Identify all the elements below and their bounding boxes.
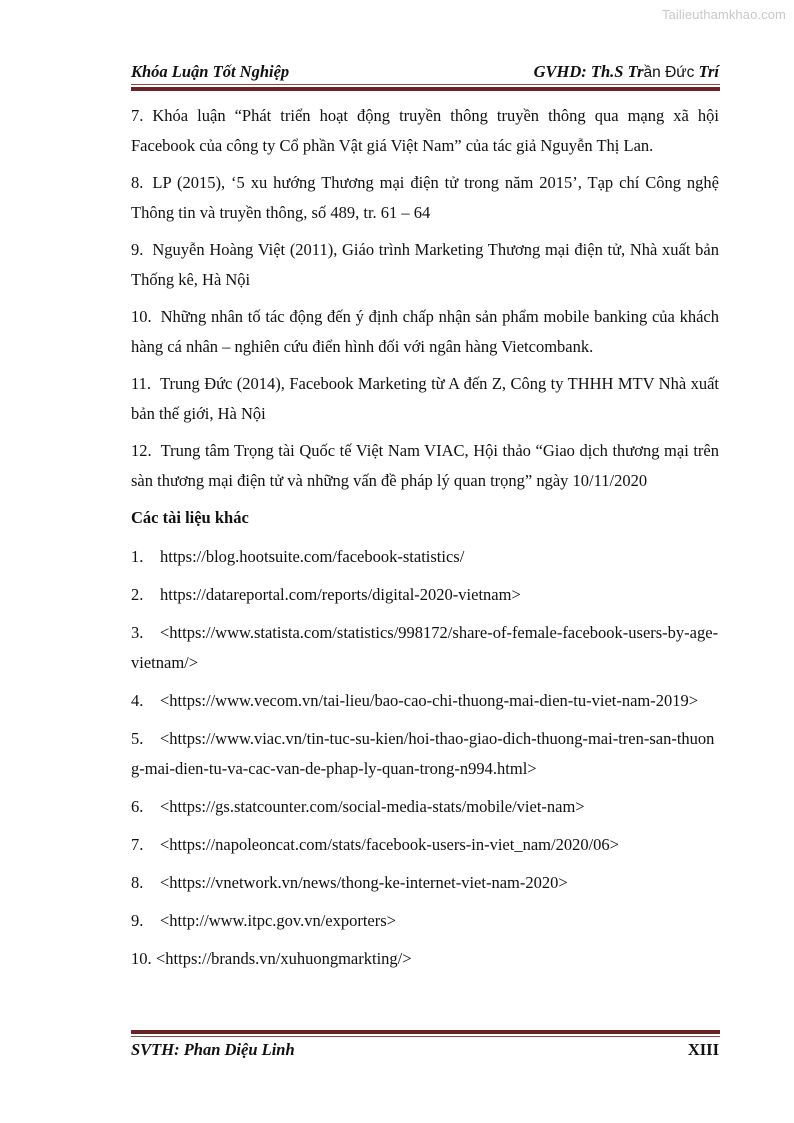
document-link-item: 4.<https://www.vecom.vn/tai-lieu/bao-cao… <box>131 686 719 716</box>
header-advisor: GVHD: Th.S Trần Đức Trí <box>534 62 719 82</box>
reference-item: 7.Khóa luận “Phát triển hoạt động truyền… <box>131 101 719 161</box>
header-thesis-title: Khóa Luận Tốt Nghiệp <box>131 62 289 82</box>
document-link-item: 5.<https://www.viac.vn/tin-tuc-su-kien/h… <box>131 724 719 784</box>
document-link-item: 1.https://blog.hootsuite.com/facebook-st… <box>131 542 719 572</box>
link-number: 4. <box>131 686 160 716</box>
page-number: XIII <box>688 1040 719 1060</box>
link-url[interactable]: https://datareportal.com/reports/digital… <box>160 585 521 604</box>
section-title-other-documents: Các tài liệu khác <box>131 503 719 533</box>
document-link-item: 2.https://datareportal.com/reports/digit… <box>131 580 719 610</box>
reference-item: 10.Những nhân tố tác động đến ý định chấ… <box>131 302 719 362</box>
link-number: 2. <box>131 580 160 610</box>
reference-number: 11. <box>131 374 151 393</box>
link-url[interactable]: <https://www.statista.com/statistics/998… <box>131 623 718 672</box>
reference-item: 9.Nguyễn Hoàng Việt (2011), Giáo trình M… <box>131 235 719 295</box>
reference-text: Những nhân tố tác động đến ý định chấp n… <box>131 307 719 356</box>
link-number: 3. <box>131 618 160 648</box>
link-number: 6. <box>131 792 160 822</box>
link-number: 10. <box>131 944 156 974</box>
reference-number: 12. <box>131 441 152 460</box>
reference-text: Trung tâm Trọng tài Quốc tế Việt Nam VIA… <box>131 441 719 490</box>
reference-text: Nguyễn Hoàng Việt (2011), Giáo trình Mar… <box>131 240 719 289</box>
link-url[interactable]: <https://gs.statcounter.com/social-media… <box>160 797 585 816</box>
document-link-item: 8.<https://vnetwork.vn/news/thong-ke-int… <box>131 868 719 898</box>
link-url[interactable]: <https://brands.vn/xuhuongmarkting/> <box>156 949 412 968</box>
watermark: Tailieuthamkhao.com <box>662 7 786 22</box>
document-link-item: 10.<https://brands.vn/xuhuongmarkting/> <box>131 944 719 974</box>
link-url[interactable]: <https://napoleoncat.com/stats/facebook-… <box>160 835 619 854</box>
link-number: 5. <box>131 724 160 754</box>
reference-number: 8. <box>131 173 143 192</box>
reference-list: 7.Khóa luận “Phát triển hoạt động truyền… <box>131 101 719 496</box>
document-link-item: 7.<https://napoleoncat.com/stats/faceboo… <box>131 830 719 860</box>
page-footer: SVTH: Phan Diệu Linh XIII <box>131 1040 719 1062</box>
references-content: 7.Khóa luận “Phát triển hoạt động truyền… <box>131 101 719 982</box>
reference-number: 10. <box>131 307 152 326</box>
reference-item: 11.Trung Đức (2014), Facebook Marketing … <box>131 369 719 429</box>
other-documents-list: 1.https://blog.hootsuite.com/facebook-st… <box>131 542 719 974</box>
footer-divider <box>131 1030 720 1038</box>
reference-number: 7. <box>131 106 143 125</box>
link-number: 9. <box>131 906 160 936</box>
document-link-item: 6.<https://gs.statcounter.com/social-med… <box>131 792 719 822</box>
reference-text: Khóa luận “Phát triển hoạt động truyền t… <box>131 106 719 155</box>
link-number: 1. <box>131 542 160 572</box>
link-url[interactable]: <https://vnetwork.vn/news/thong-ke-inter… <box>160 873 568 892</box>
link-url[interactable]: <https://www.viac.vn/tin-tuc-su-kien/hoi… <box>131 729 714 778</box>
reference-number: 9. <box>131 240 143 259</box>
document-link-item: 9.<http://www.itpc.gov.vn/exporters> <box>131 906 719 936</box>
link-url[interactable]: https://blog.hootsuite.com/facebook-stat… <box>160 547 464 566</box>
reference-text: Trung Đức (2014), Facebook Marketing từ … <box>131 374 719 423</box>
reference-item: 8.LP (2015), ‘5 xu hướng Thương mại điện… <box>131 168 719 228</box>
link-url[interactable]: <https://www.vecom.vn/tai-lieu/bao-cao-c… <box>160 691 698 710</box>
header-divider <box>131 84 720 92</box>
page-header: Khóa Luận Tốt Nghiệp GVHD: Th.S Trần Đức… <box>131 62 719 84</box>
link-number: 7. <box>131 830 160 860</box>
reference-item: 12.Trung tâm Trọng tài Quốc tế Việt Nam … <box>131 436 719 496</box>
footer-student-name: SVTH: Phan Diệu Linh <box>131 1040 295 1060</box>
link-url[interactable]: <http://www.itpc.gov.vn/exporters> <box>160 911 396 930</box>
link-number: 8. <box>131 868 160 898</box>
reference-text: LP (2015), ‘5 xu hướng Thương mại điện t… <box>131 173 719 222</box>
document-link-item: 3.<https://www.statista.com/statistics/9… <box>131 618 719 678</box>
